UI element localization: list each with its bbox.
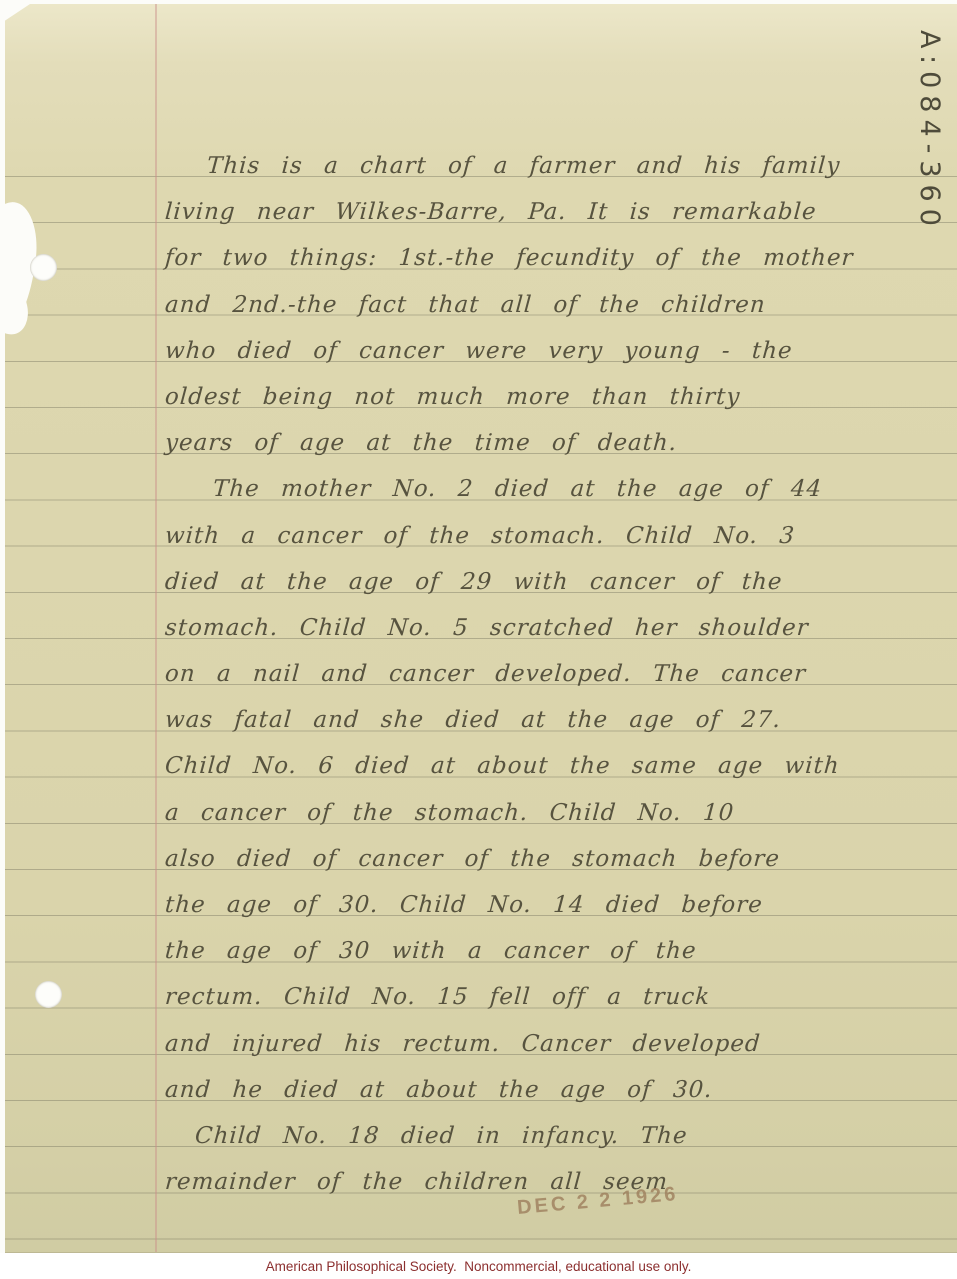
manuscript-line: was fatal and she died at the age of 27.	[5, 697, 955, 743]
manuscript-line: a cancer of the stomach. Child No. 10	[5, 790, 955, 836]
manuscript-line: also died of cancer of the stomach befor…	[5, 836, 955, 882]
scanned-document: This is a chart of a farmer and his fami…	[0, 0, 957, 1279]
manuscript-line: oldest being not much more than thirty	[5, 374, 955, 420]
manuscript-line: who died of cancer were very young - the	[5, 328, 955, 374]
manuscript-line: for two things: 1st.-the fecundity of th…	[5, 235, 955, 281]
manuscript-line: and 2nd.-the fact that all of the childr…	[5, 282, 955, 328]
punch-hole	[30, 254, 57, 281]
manuscript-line: the age of 30. Child No. 14 died before	[5, 882, 955, 928]
manuscript-line: This is a chart of a farmer and his fami…	[5, 143, 955, 189]
punch-hole	[35, 981, 62, 1008]
manuscript-line: and he died at about the age of 30.	[5, 1067, 955, 1113]
archive-number-label: A:084-360	[914, 30, 945, 233]
copyright-text: American Philosophical Society. Noncomme…	[266, 1259, 692, 1274]
manuscript-line: The mother No. 2 died at the age of 44	[5, 466, 955, 512]
manuscript-line: living near Wilkes-Barre, Pa. It is rema…	[5, 189, 955, 235]
corner-cut	[5, 4, 33, 22]
manuscript-line: Child No. 6 died at about the same age w…	[5, 743, 955, 789]
manuscript-line: stomach. Child No. 5 scratched her shoul…	[5, 605, 955, 651]
manuscript-line: on a nail and cancer developed. The canc…	[5, 651, 955, 697]
manuscript-line: years of age at the time of death.	[5, 420, 955, 466]
notebook-paper: This is a chart of a farmer and his fami…	[5, 4, 957, 1253]
manuscript-line: rectum. Child No. 15 fell off a truck	[5, 974, 955, 1020]
manuscript-line: remainder of the children all seem	[5, 1159, 955, 1205]
manuscript-line: and injured his rectum. Cancer developed	[5, 1021, 955, 1067]
copyright-footer: American Philosophical Society. Noncomme…	[0, 1253, 957, 1279]
manuscript-line: died at the age of 29 with cancer of the	[5, 559, 955, 605]
manuscript-line: with a cancer of the stomach. Child No. …	[5, 513, 955, 559]
manuscript-line: the age of 30 with a cancer of the	[5, 928, 955, 974]
manuscript-line: Child No. 18 died in infancy. The	[5, 1113, 955, 1159]
handwritten-text: This is a chart of a farmer and his fami…	[5, 143, 953, 1205]
